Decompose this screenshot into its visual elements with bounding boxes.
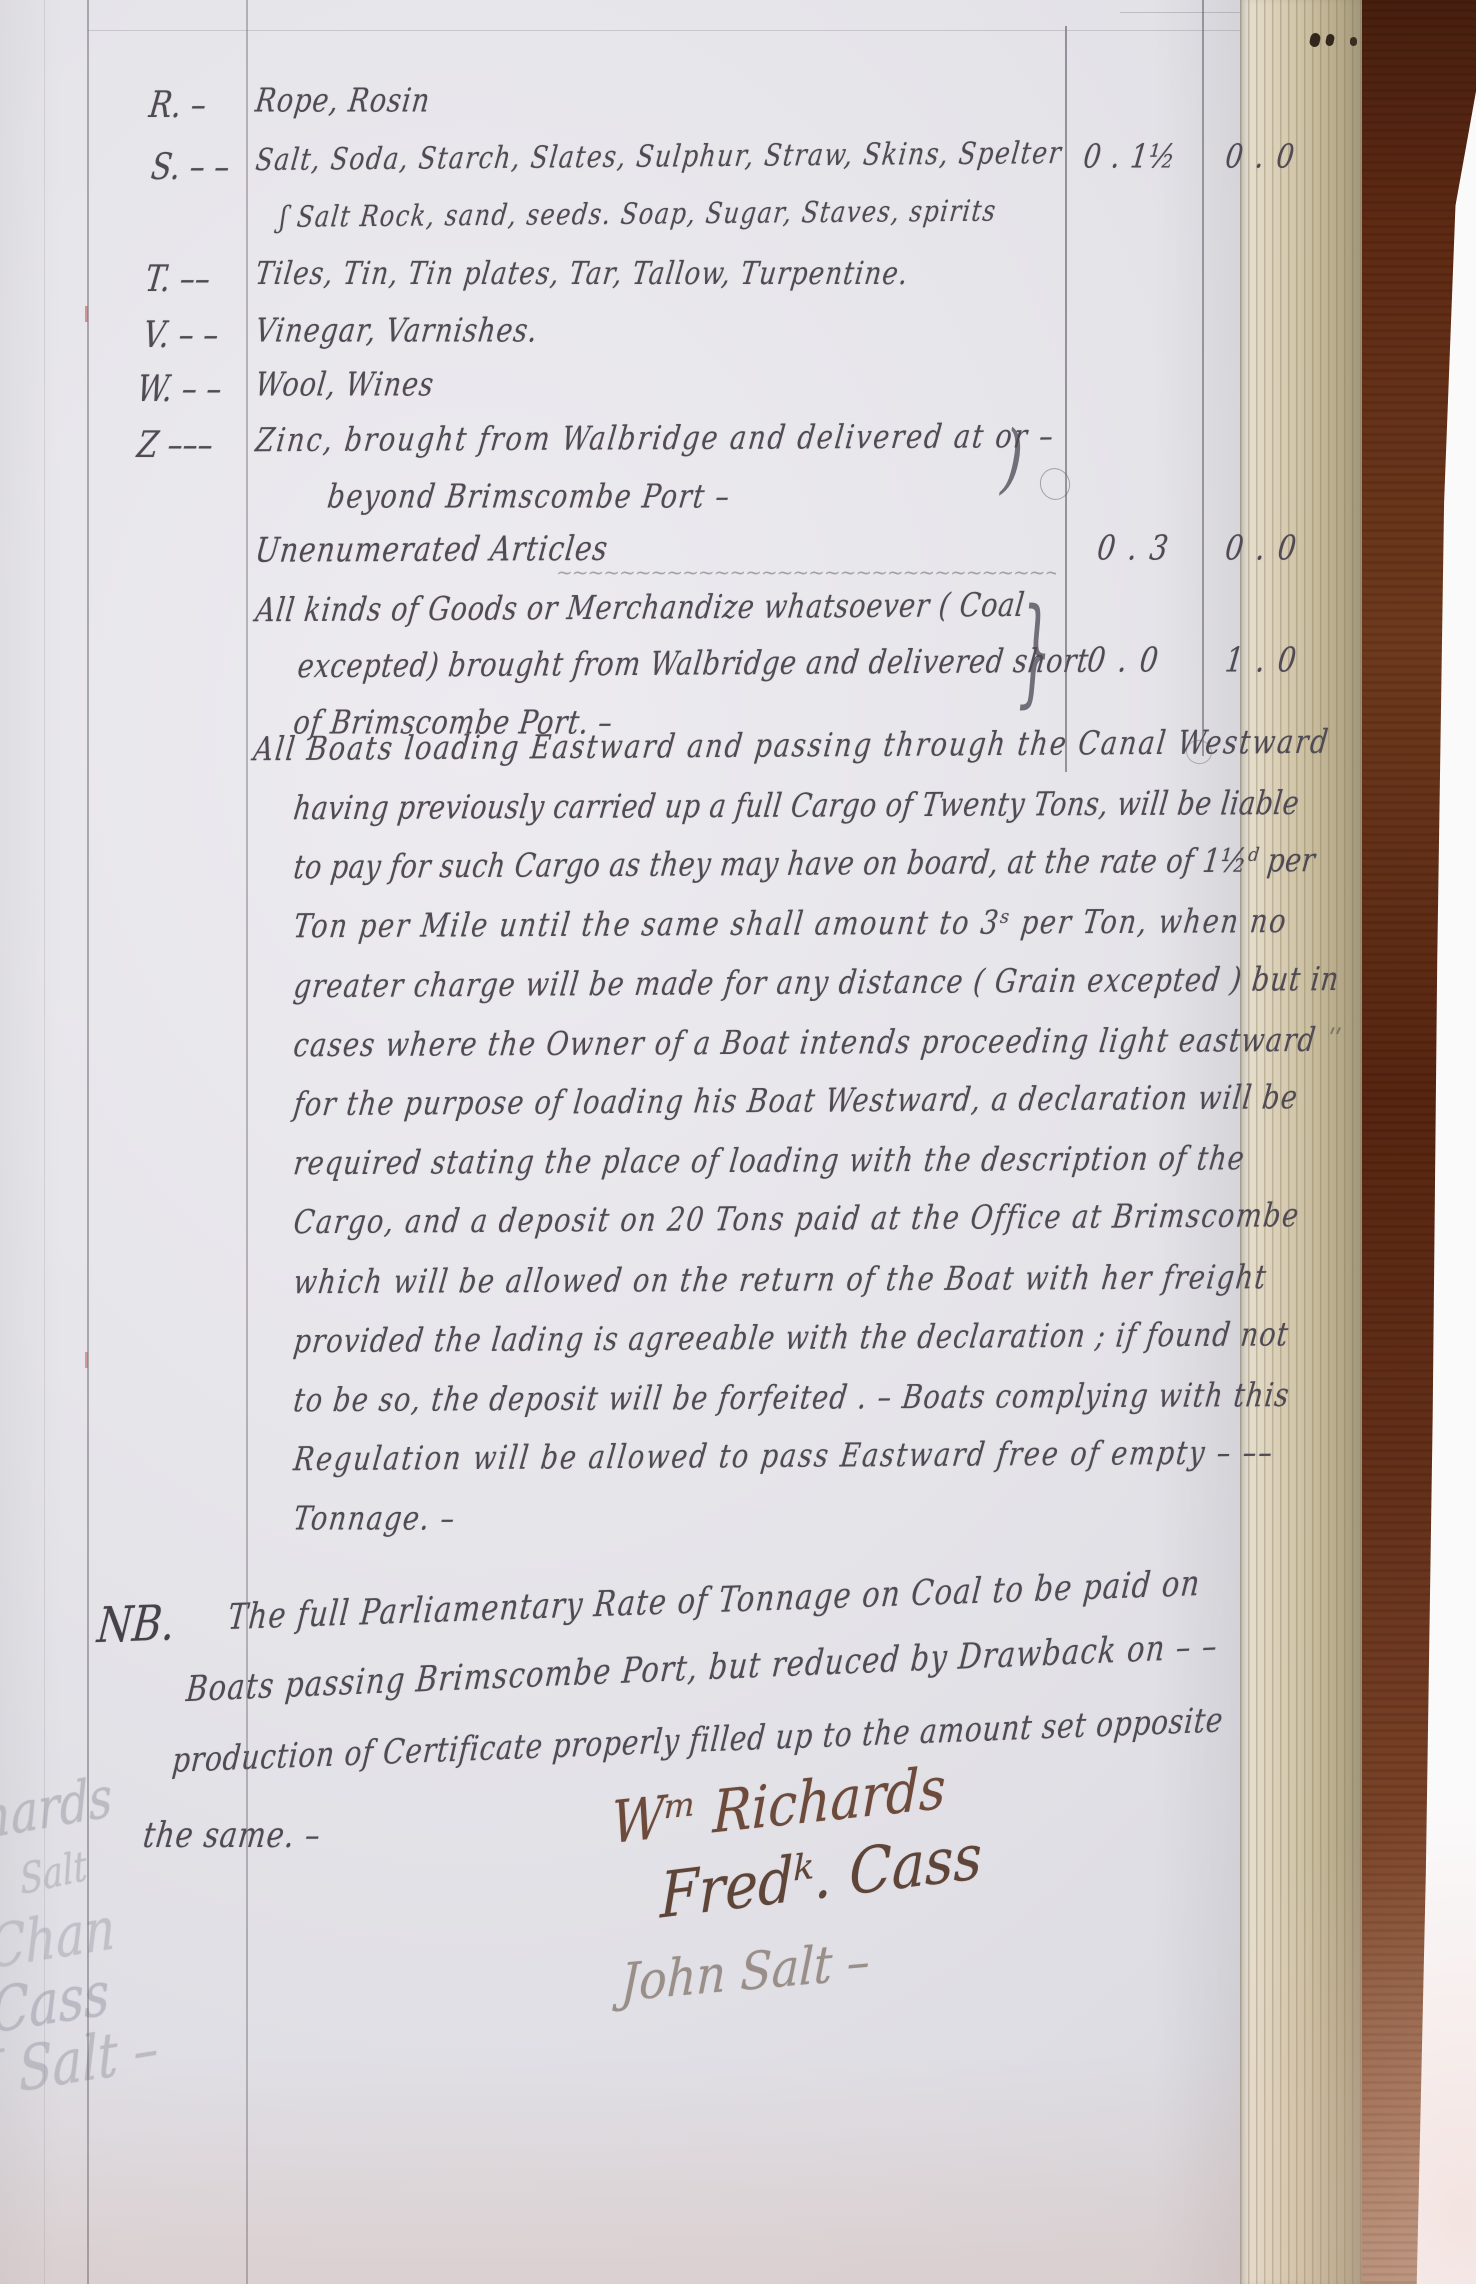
regulation-line-1: All Boats loading Eastward and passing t…	[252, 723, 1332, 768]
goods-V: Vinegar, Varnishes.	[253, 312, 540, 350]
goods-Z-2: beyond Brimscombe Port –	[325, 478, 733, 516]
rate-S-per-ton-mile: 0 . 1½	[1081, 138, 1178, 176]
regulation-line-12: to be so, the deposit will be forfeited …	[292, 1377, 1292, 1420]
left-margin-rule	[87, 0, 89, 2284]
red-ruling-tick-1	[85, 306, 88, 322]
regulation-line-8: required stating the place of loading wi…	[292, 1140, 1248, 1183]
regulation-line-2: having previously carried up a full Carg…	[292, 785, 1302, 828]
regulation-line-14: Tonnage. –	[291, 1500, 458, 1538]
unenumerated-label: Unenumerated Articles	[253, 528, 610, 570]
rate-general-goods-per-ton-mile: 0 . 0	[1085, 640, 1162, 680]
regulation-line-6: cases where the Owner of a Boat intends …	[292, 1022, 1319, 1065]
index-letter-Z: Z –––	[135, 424, 216, 467]
goods-S-2: ʃ Salt Rock, sand, seeds. Soap, Sugar, S…	[278, 194, 999, 234]
goods-T: Tiles, Tin, Tin plates, Tar, Tallow, Tur…	[254, 256, 911, 293]
filler-squiggle: ~~~~~~~~~~~~~~~~~~~~~~~~~~~~~~~~~~~~~~~~…	[556, 560, 1056, 584]
regulation-line-10: which will be allowed on the return of t…	[292, 1259, 1270, 1302]
regulation-line-13: Regulation will be allowed to pass Eastw…	[292, 1434, 1277, 1479]
regulation-line-3: to pay for such Cargo as they may have o…	[292, 842, 1318, 887]
rate-S-port: 0 . 0	[1223, 138, 1298, 176]
index-letter-T: T. ––	[143, 258, 213, 301]
regulation-line-9: Cargo, and a deposit on 20 Tons paid at …	[292, 1197, 1302, 1242]
index-letter-W: W. – –	[135, 368, 224, 411]
regulation-line-5: greater charge will be made for any dist…	[292, 961, 1342, 1006]
rate-general-goods-port: 1 . 0	[1223, 640, 1300, 680]
index-letter-V: V. – –	[141, 314, 221, 357]
general-goods-2: excepted) brought from Walbridge and del…	[296, 642, 1091, 685]
ledger-photo: ) } ~~~~~~~~~~~~~~~~~~~~~~~~~~~~~~~~~~~~…	[0, 0, 1476, 2284]
book-cover-edge	[1362, 0, 1476, 2284]
rate-unenumerated-port: 0 . 0	[1223, 528, 1300, 568]
rate-column-rule-2	[1202, 0, 1204, 756]
index-letter-S: S. – –	[149, 146, 232, 189]
index-column-rule	[246, 0, 248, 2284]
top-rule-short	[1120, 12, 1240, 13]
nb-label: NB.	[95, 1595, 177, 1654]
top-rule	[88, 30, 1240, 31]
regulation-line-7: for the purpose of loading his Boat West…	[292, 1079, 1301, 1124]
book-page-edges	[1240, 0, 1362, 2284]
goods-W: Wool, Wines	[253, 366, 436, 404]
left-edge-rule	[44, 0, 45, 2284]
red-ruling-tick-2	[85, 1352, 88, 1368]
goods-S-1: Salt, Soda, Starch, Slates, Sulphur, Str…	[254, 135, 1064, 177]
nb-closing: the same. –	[141, 1814, 324, 1855]
index-letter-R: R. –	[147, 84, 209, 127]
goods-R: Rope, Rosin	[253, 82, 432, 120]
rate-column-rule-1	[1065, 26, 1067, 772]
ink-blot-3	[1350, 37, 1357, 46]
goods-Z-1: Zinc, brought from Walbridge and deliver…	[254, 418, 1058, 460]
rate-unenumerated-per-ton-mile: 0 . 3	[1095, 528, 1172, 568]
regulation-line-4: Ton per Mile until the same shall amount…	[292, 903, 1290, 946]
general-goods-1: All kinds of Goods or Merchandize whatso…	[254, 587, 1027, 630]
regulation-line-11: provided the lading is agreeable with th…	[292, 1316, 1292, 1361]
